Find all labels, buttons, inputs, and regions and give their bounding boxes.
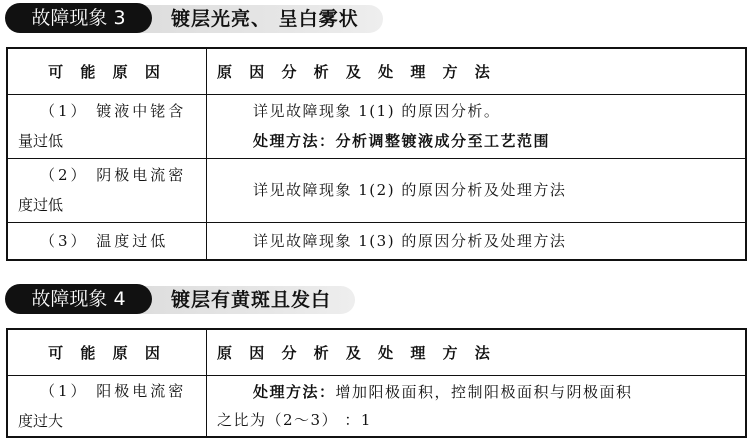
detail-text: 详见故障现象 1(3) 的原因分析及处理方法 <box>217 226 735 256</box>
fault-3-heading: 故障现象 3 镀层光亮、 呈白雾状 <box>5 3 380 33</box>
detail-text: 详见故障现象 1(1) 的原因分析。 <box>217 96 735 126</box>
fault-badge: 故障现象 4 <box>5 284 152 314</box>
header-analysis-method: 原 因 分 析 及 处 理 方 法 <box>207 329 747 375</box>
method-line: 处理方法：增加阳极面积，控制阳极面积与阴极面积 <box>217 378 735 406</box>
cause-cell: （1） 镀液中铑含 量过低 <box>7 94 207 158</box>
method-text: 增加阳极面积，控制阳极面积与阴极面积 <box>336 383 633 401</box>
cause-text: （3） 温度过低 <box>18 226 196 256</box>
method-label: 处理方法： <box>253 383 336 401</box>
table-header-row: 可 能 原 因 原 因 分 析 及 处 理 方 法 <box>7 48 746 94</box>
method-text: 分析调整镀液成分至工艺范围 <box>336 132 551 150</box>
detail-cell: 处理方法：增加阳极面积，控制阳极面积与阴极面积 之比为（2～3） ：1 <box>207 375 747 437</box>
fault-3-table: 可 能 原 因 原 因 分 析 及 处 理 方 法 （1） 镀液中铑含 量过低 … <box>6 47 747 261</box>
cause-text-cont: 度过大 <box>18 406 196 436</box>
cause-cell: （2） 阴极电流密 度过低 <box>7 158 207 222</box>
header-possible-cause: 可 能 原 因 <box>7 329 207 375</box>
method-label: 处理方法： <box>253 132 336 150</box>
fault-badge: 故障现象 3 <box>5 3 152 33</box>
detail-cell: 详见故障现象 1(2) 的原因分析及处理方法 <box>207 158 747 222</box>
table-row: （2） 阴极电流密 度过低 详见故障现象 1(2) 的原因分析及处理方法 <box>7 158 746 222</box>
detail-cell: 详见故障现象 1(1) 的原因分析。 处理方法：分析调整镀液成分至工艺范围 <box>207 94 747 158</box>
table-row: （1） 阳极电流密 度过大 处理方法：增加阳极面积，控制阳极面积与阴极面积 之比… <box>7 375 746 437</box>
fault-title: 镀层光亮、 呈白雾状 <box>171 3 359 35</box>
cause-text-cont: 量过低 <box>18 126 196 156</box>
method-line: 处理方法：分析调整镀液成分至工艺范围 <box>217 126 735 156</box>
header-possible-cause: 可 能 原 因 <box>7 48 207 94</box>
method-text-cont: 之比为（2～3） ：1 <box>217 406 735 434</box>
fault-4-heading: 故障现象 4 镀层有黄斑且发白 <box>5 284 380 314</box>
header-analysis-method: 原 因 分 析 及 处 理 方 法 <box>207 48 747 94</box>
cause-cell: （1） 阳极电流密 度过大 <box>7 375 207 437</box>
table-row: （3） 温度过低 详见故障现象 1(3) 的原因分析及处理方法 <box>7 222 746 260</box>
cause-text-cont: 度过低 <box>18 190 196 220</box>
detail-cell: 详见故障现象 1(3) 的原因分析及处理方法 <box>207 222 747 260</box>
cause-cell: （3） 温度过低 <box>7 222 207 260</box>
cause-text: （2） 阴极电流密 <box>18 160 196 190</box>
fault-4-table: 可 能 原 因 原 因 分 析 及 处 理 方 法 （1） 阳极电流密 度过大 … <box>6 328 747 438</box>
table-header-row: 可 能 原 因 原 因 分 析 及 处 理 方 法 <box>7 329 746 375</box>
table-row: （1） 镀液中铑含 量过低 详见故障现象 1(1) 的原因分析。 处理方法：分析… <box>7 94 746 158</box>
cause-text: （1） 镀液中铑含 <box>18 96 196 126</box>
fault-title: 镀层有黄斑且发白 <box>171 284 331 316</box>
detail-text: 详见故障现象 1(2) 的原因分析及处理方法 <box>217 175 735 205</box>
cause-text: （1） 阳极电流密 <box>18 376 196 406</box>
